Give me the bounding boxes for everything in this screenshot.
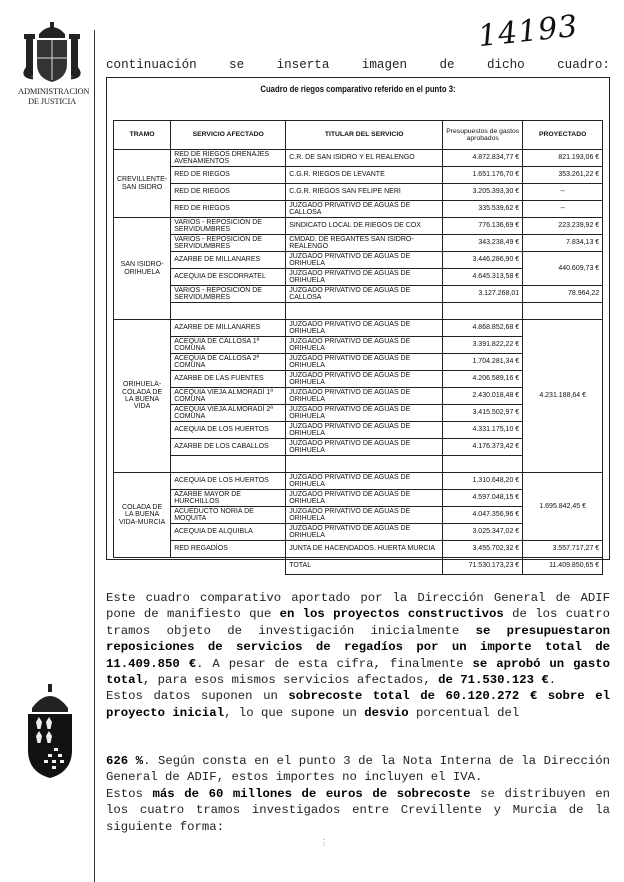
servicio-cell: ACEQUIA DE LOS HUERTOS xyxy=(171,422,286,439)
presupuesto-cell: 3.455.702,32 € xyxy=(443,541,523,558)
col-header: Presupuestos de gastos aprobados xyxy=(443,121,523,150)
servicio-cell: RED DE RIEGOS xyxy=(171,167,286,184)
titular-cell: JUZGADO PRIVATIVO DE AGUAS DE ORIHUELA xyxy=(286,371,443,388)
emphasis-text: desvio xyxy=(364,706,408,720)
table-body: CREVILLENTE-SAN ISIDRORED DE RIEGOS DREN… xyxy=(114,150,603,575)
servicio-cell: ACEQUIA DE CALLOSA 1ª COMUNA xyxy=(171,337,286,354)
presupuesto-cell: 1.651.176,70 € xyxy=(443,167,523,184)
servicio-cell: AZARBE DE LAS FUENTES xyxy=(171,371,286,388)
titular-cell: JUZGADO PRIVATIVO DE AGUAS DE ORIHUELA xyxy=(286,405,443,422)
emphasis-text: más de 60 millones de euros de sobrecost… xyxy=(153,787,471,801)
table-row: AZARBE DE MILLANARESJUZGADO PRIVATIVO DE… xyxy=(114,252,603,269)
table-row: VARIOS - REPOSICIÓN DE SERVIDUMBRESCMDAD… xyxy=(114,235,603,252)
titular-cell: CMDAD. DE REGANTES SAN ISIDRO-REALENGO xyxy=(286,235,443,252)
servicio-cell: AZARBE DE MILLANARES xyxy=(171,320,286,337)
presupuesto-cell: 2.430.018,48 € xyxy=(443,388,523,405)
presupuesto-cell: 4.206.589,16 € xyxy=(443,371,523,388)
tramo-cell: COLADA DE LA BUENA VIDA-MURCIA xyxy=(114,473,171,558)
total-presupuesto: 71.530.173,23 € xyxy=(443,558,523,575)
servicio-cell: RED DE RIEGOS xyxy=(171,201,286,218)
blank-cell xyxy=(443,456,523,473)
table-row: ORIHUELA-COLADA DE LA BUENA VIDAAZARBE D… xyxy=(114,320,603,337)
titular-cell: JUZGADO PRIVATIVO DE AGUAS DE ORIHUELA xyxy=(286,269,443,286)
proyectado-cell: 7.834,13 € xyxy=(523,235,603,252)
presupuesto-cell: 3.446.286,90 € xyxy=(443,252,523,269)
presupuesto-cell: 343.238,49 € xyxy=(443,235,523,252)
figure-title: Cuadro de riegos comparativo referido en… xyxy=(142,84,574,94)
margin-rule xyxy=(94,30,95,882)
titular-cell: JUZGADO PRIVATIVO DE AGUAS DE ORIHUELA xyxy=(286,422,443,439)
titular-cell: JUZGADO PRIVATIVO DE AGUAS DE CALLOSA xyxy=(286,201,443,218)
presupuesto-cell: 3.025.347,02 € xyxy=(443,524,523,541)
proyectado-cell: 440.609,73 € xyxy=(523,252,603,286)
presupuesto-cell: 4.872.834,77 € xyxy=(443,150,523,167)
titular-cell: SINDICATO LOCAL DE RIEGOS DE COX xyxy=(286,218,443,235)
justice-seal: ADMINISTRACION DE JUSTICIA xyxy=(18,20,86,106)
spain-coat-of-arms-icon xyxy=(21,20,83,84)
servicio-cell: RED DE RIEGOS xyxy=(171,184,286,201)
intro-word: imagen xyxy=(362,58,407,72)
table-row: RED DE RIEGOSC.G.R. RIEGOS DE LEVANTE1.6… xyxy=(114,167,603,184)
titular-cell: JUZGADO PRIVATIVO DE AGUAS DE ORIHUELA xyxy=(286,524,443,541)
proyectado-cell: 223.239,92 € xyxy=(523,218,603,235)
table-row: CREVILLENTE-SAN ISIDRORED DE RIEGOS DREN… xyxy=(114,150,603,167)
presupuesto-cell: 1.704.281,34 € xyxy=(443,354,523,371)
blank-cell xyxy=(114,558,171,575)
presupuesto-cell: 1.310.648,20 € xyxy=(443,473,523,490)
titular-cell: JUZGADO PRIVATIVO DE AGUAS DE ORIHUELA xyxy=(286,490,443,507)
intro-word: continuación xyxy=(106,58,197,72)
titular-cell: C.R. DE SAN ISIDRO Y EL REALENGO xyxy=(286,150,443,167)
murcia-seal xyxy=(22,680,78,785)
body-text: . A pesar de esta cifra, finalmente xyxy=(196,657,472,671)
col-header: TRAMO xyxy=(114,121,171,150)
body-text: Estos xyxy=(106,787,153,801)
emphasis-text: en los proyectos constructivos xyxy=(280,607,504,621)
body-text: . xyxy=(549,673,556,687)
murcia-coat-of-arms-icon xyxy=(22,680,78,780)
blank-cell xyxy=(443,303,523,320)
table-row: SAN ISIDRO-ORIHUELAVARIOS - REPOSICIÓN D… xyxy=(114,218,603,235)
paragraph-1: Este cuadro comparativo aportado por la … xyxy=(106,590,610,721)
titular-cell: JUZGADO PRIVATIVO DE AGUAS DE CALLOSA xyxy=(286,286,443,303)
table-row: COLADA DE LA BUENA VIDA-MURCIAACEQUIA DE… xyxy=(114,473,603,490)
presupuesto-cell: 3.391.822,22 € xyxy=(443,337,523,354)
proyectado-cell: 3.557.717,27 € xyxy=(523,541,603,558)
presupuesto-cell: 335.539,62 € xyxy=(443,201,523,218)
titular-cell: C.G.R. RIEGOS DE LEVANTE xyxy=(286,167,443,184)
col-header: SERVICIO AFECTADO xyxy=(171,121,286,150)
proyectado-cell: 821.193,06 € xyxy=(523,150,603,167)
body-text: porcentual del xyxy=(409,706,520,720)
col-header: PROYECTADO xyxy=(523,121,603,150)
servicio-cell: ACEQUIA DE ESCORRATEL xyxy=(171,269,286,286)
servicio-cell: ACEQUIA DE LOS HUERTOS xyxy=(171,473,286,490)
paragraph-2: 626 %. Según consta en el punto 3 de la … xyxy=(106,753,610,835)
presupuesto-cell: 3.415.502,97 € xyxy=(443,405,523,422)
titular-cell: JUZGADO PRIVATIVO DE AGUAS DE ORIHUELA xyxy=(286,354,443,371)
servicio-cell: ACEQUIA DE CALLOSA 2ª COMUNA xyxy=(171,354,286,371)
table-row: RED DE RIEGOSJUZGADO PRIVATIVO DE AGUAS … xyxy=(114,201,603,218)
servicio-cell: VARIOS - REPOSICIÓN DE SERVIDUMBRES xyxy=(171,235,286,252)
servicio-cell: ACEQUIA VIEJA ALMORADÍ 2ª COMUNA xyxy=(171,405,286,422)
servicio-cell: AZARBE DE MILLANARES xyxy=(171,252,286,269)
proyectado-cell: -- xyxy=(523,184,603,201)
presupuesto-cell: 4.645.313,58 € xyxy=(443,269,523,286)
proyectado-cell: 4.231.188,64 € xyxy=(523,320,603,473)
titular-cell: JUZGADO PRIVATIVO DE AGUAS DE ORIHUELA xyxy=(286,337,443,354)
presupuesto-cell: 4.176.373,42 € xyxy=(443,439,523,456)
total-label: TOTAL xyxy=(286,558,443,575)
proyectado-cell: 1.695.842,45 € xyxy=(523,473,603,541)
total-proyectado: 11.409.850,65 € xyxy=(523,558,603,575)
intro-word: cuadro: xyxy=(557,58,610,72)
intro-word: inserta xyxy=(277,58,330,72)
tramo-cell: CREVILLENTE-SAN ISIDRO xyxy=(114,150,171,218)
titular-cell: JUNTA DE HACENDADOS. HUERTA MURCIA xyxy=(286,541,443,558)
titular-cell: JUZGADO PRIVATIVO DE AGUAS DE ORIHUELA xyxy=(286,320,443,337)
blank-row xyxy=(114,303,603,320)
blank-cell xyxy=(171,558,286,575)
titular-cell: JUZGADO PRIVATIVO DE AGUAS DE ORIHUELA xyxy=(286,439,443,456)
tramo-cell: SAN ISIDRO-ORIHUELA xyxy=(114,218,171,320)
total-row: TOTAL71.530.173,23 €11.409.850,65 € xyxy=(114,558,603,575)
presupuesto-cell: 3.127.268,01 xyxy=(443,286,523,303)
servicio-cell: RED REGADÍOS xyxy=(171,541,286,558)
handwritten-page-number: 14193 xyxy=(476,9,580,54)
intro-word: dicho xyxy=(487,58,525,72)
servicio-cell: AZARBE MAYOR DE HURCHILLOS xyxy=(171,490,286,507)
titular-cell: C.G.R. RIEGOS SAN FELIPE NERI xyxy=(286,184,443,201)
emphasis-text: de 71.530.123 € xyxy=(438,673,549,687)
intro-line: continuación se inserta imagen de dicho … xyxy=(106,58,610,72)
blank-cell xyxy=(171,456,286,473)
servicio-cell: ACUEDUCTO NORIA DE MOQUITA xyxy=(171,507,286,524)
servicio-cell: ACEQUIA VIEJA ALMORADÍ 1ª COMUNA xyxy=(171,388,286,405)
blank-cell xyxy=(286,456,443,473)
body-text: Estos datos suponen un xyxy=(106,689,288,703)
presupuesto-cell: 4.047.356,96 € xyxy=(443,507,523,524)
irrigation-comparison-table: TRAMO SERVICIO AFECTADO TITULAR DEL SERV… xyxy=(113,120,603,575)
titular-cell: JUZGADO PRIVATIVO DE AGUAS DE ORIHUELA xyxy=(286,388,443,405)
proyectado-cell: 78.964,22 xyxy=(523,286,603,303)
servicio-cell: AZARBE DE LOS CABALLOS xyxy=(171,439,286,456)
col-header: TITULAR DEL SERVICIO xyxy=(286,121,443,150)
blank-cell xyxy=(171,303,286,320)
table-row: VARIOS - REPOSICIÓN DE SERVIDUMBRESJUZGA… xyxy=(114,286,603,303)
proyectado-cell: -- xyxy=(523,201,603,218)
servicio-cell: ACEQUIA DE ALQUIBLA xyxy=(171,524,286,541)
blank-cell xyxy=(286,303,443,320)
presupuesto-cell: 4.868.852,68 € xyxy=(443,320,523,337)
presupuesto-cell: 4.597.048,15 € xyxy=(443,490,523,507)
table-header-row: TRAMO SERVICIO AFECTADO TITULAR DEL SERV… xyxy=(114,121,603,150)
titular-cell: JUZGADO PRIVATIVO DE AGUAS DE ORIHUELA xyxy=(286,252,443,269)
servicio-cell: VARIOS - REPOSICIÓN DE SERVIDUMBRES xyxy=(171,218,286,235)
table-row: RED DE RIEGOSC.G.R. RIEGOS SAN FELIPE NE… xyxy=(114,184,603,201)
titular-cell: JUZGADO PRIVATIVO DE AGUAS DE ORIHUELA xyxy=(286,473,443,490)
intro-word: de xyxy=(439,58,454,72)
body-text: . Según consta en el punto 3 de la Nota … xyxy=(106,754,610,784)
emphasis-text: 626 % xyxy=(106,754,143,768)
scan-mark: ⋮ xyxy=(320,838,328,848)
blank-cell xyxy=(523,303,603,320)
body-text: , lo que supone un xyxy=(224,706,364,720)
presupuesto-cell: 776.136,69 € xyxy=(443,218,523,235)
body-text: , para esos mismos servicios afectados, xyxy=(143,673,438,687)
titular-cell: JUZGADO PRIVATIVO DE AGUAS DE ORIHUELA xyxy=(286,507,443,524)
tramo-cell: ORIHUELA-COLADA DE LA BUENA VIDA xyxy=(114,320,171,473)
servicio-cell: RED DE RIEGOS DRENAJES AVENAMIENTOS xyxy=(171,150,286,167)
intro-word: se xyxy=(229,58,244,72)
table-row: RED REGADÍOSJUNTA DE HACENDADOS. HUERTA … xyxy=(114,541,603,558)
servicio-cell: VARIOS - REPOSICIÓN DE SERVIDUMBRES xyxy=(171,286,286,303)
seal-caption: ADMINISTRACION DE JUSTICIA xyxy=(18,86,86,106)
presupuesto-cell: 4.331.175,10 € xyxy=(443,422,523,439)
presupuesto-cell: 3.205.393,30 € xyxy=(443,184,523,201)
proyectado-cell: 353.261,22 € xyxy=(523,167,603,184)
